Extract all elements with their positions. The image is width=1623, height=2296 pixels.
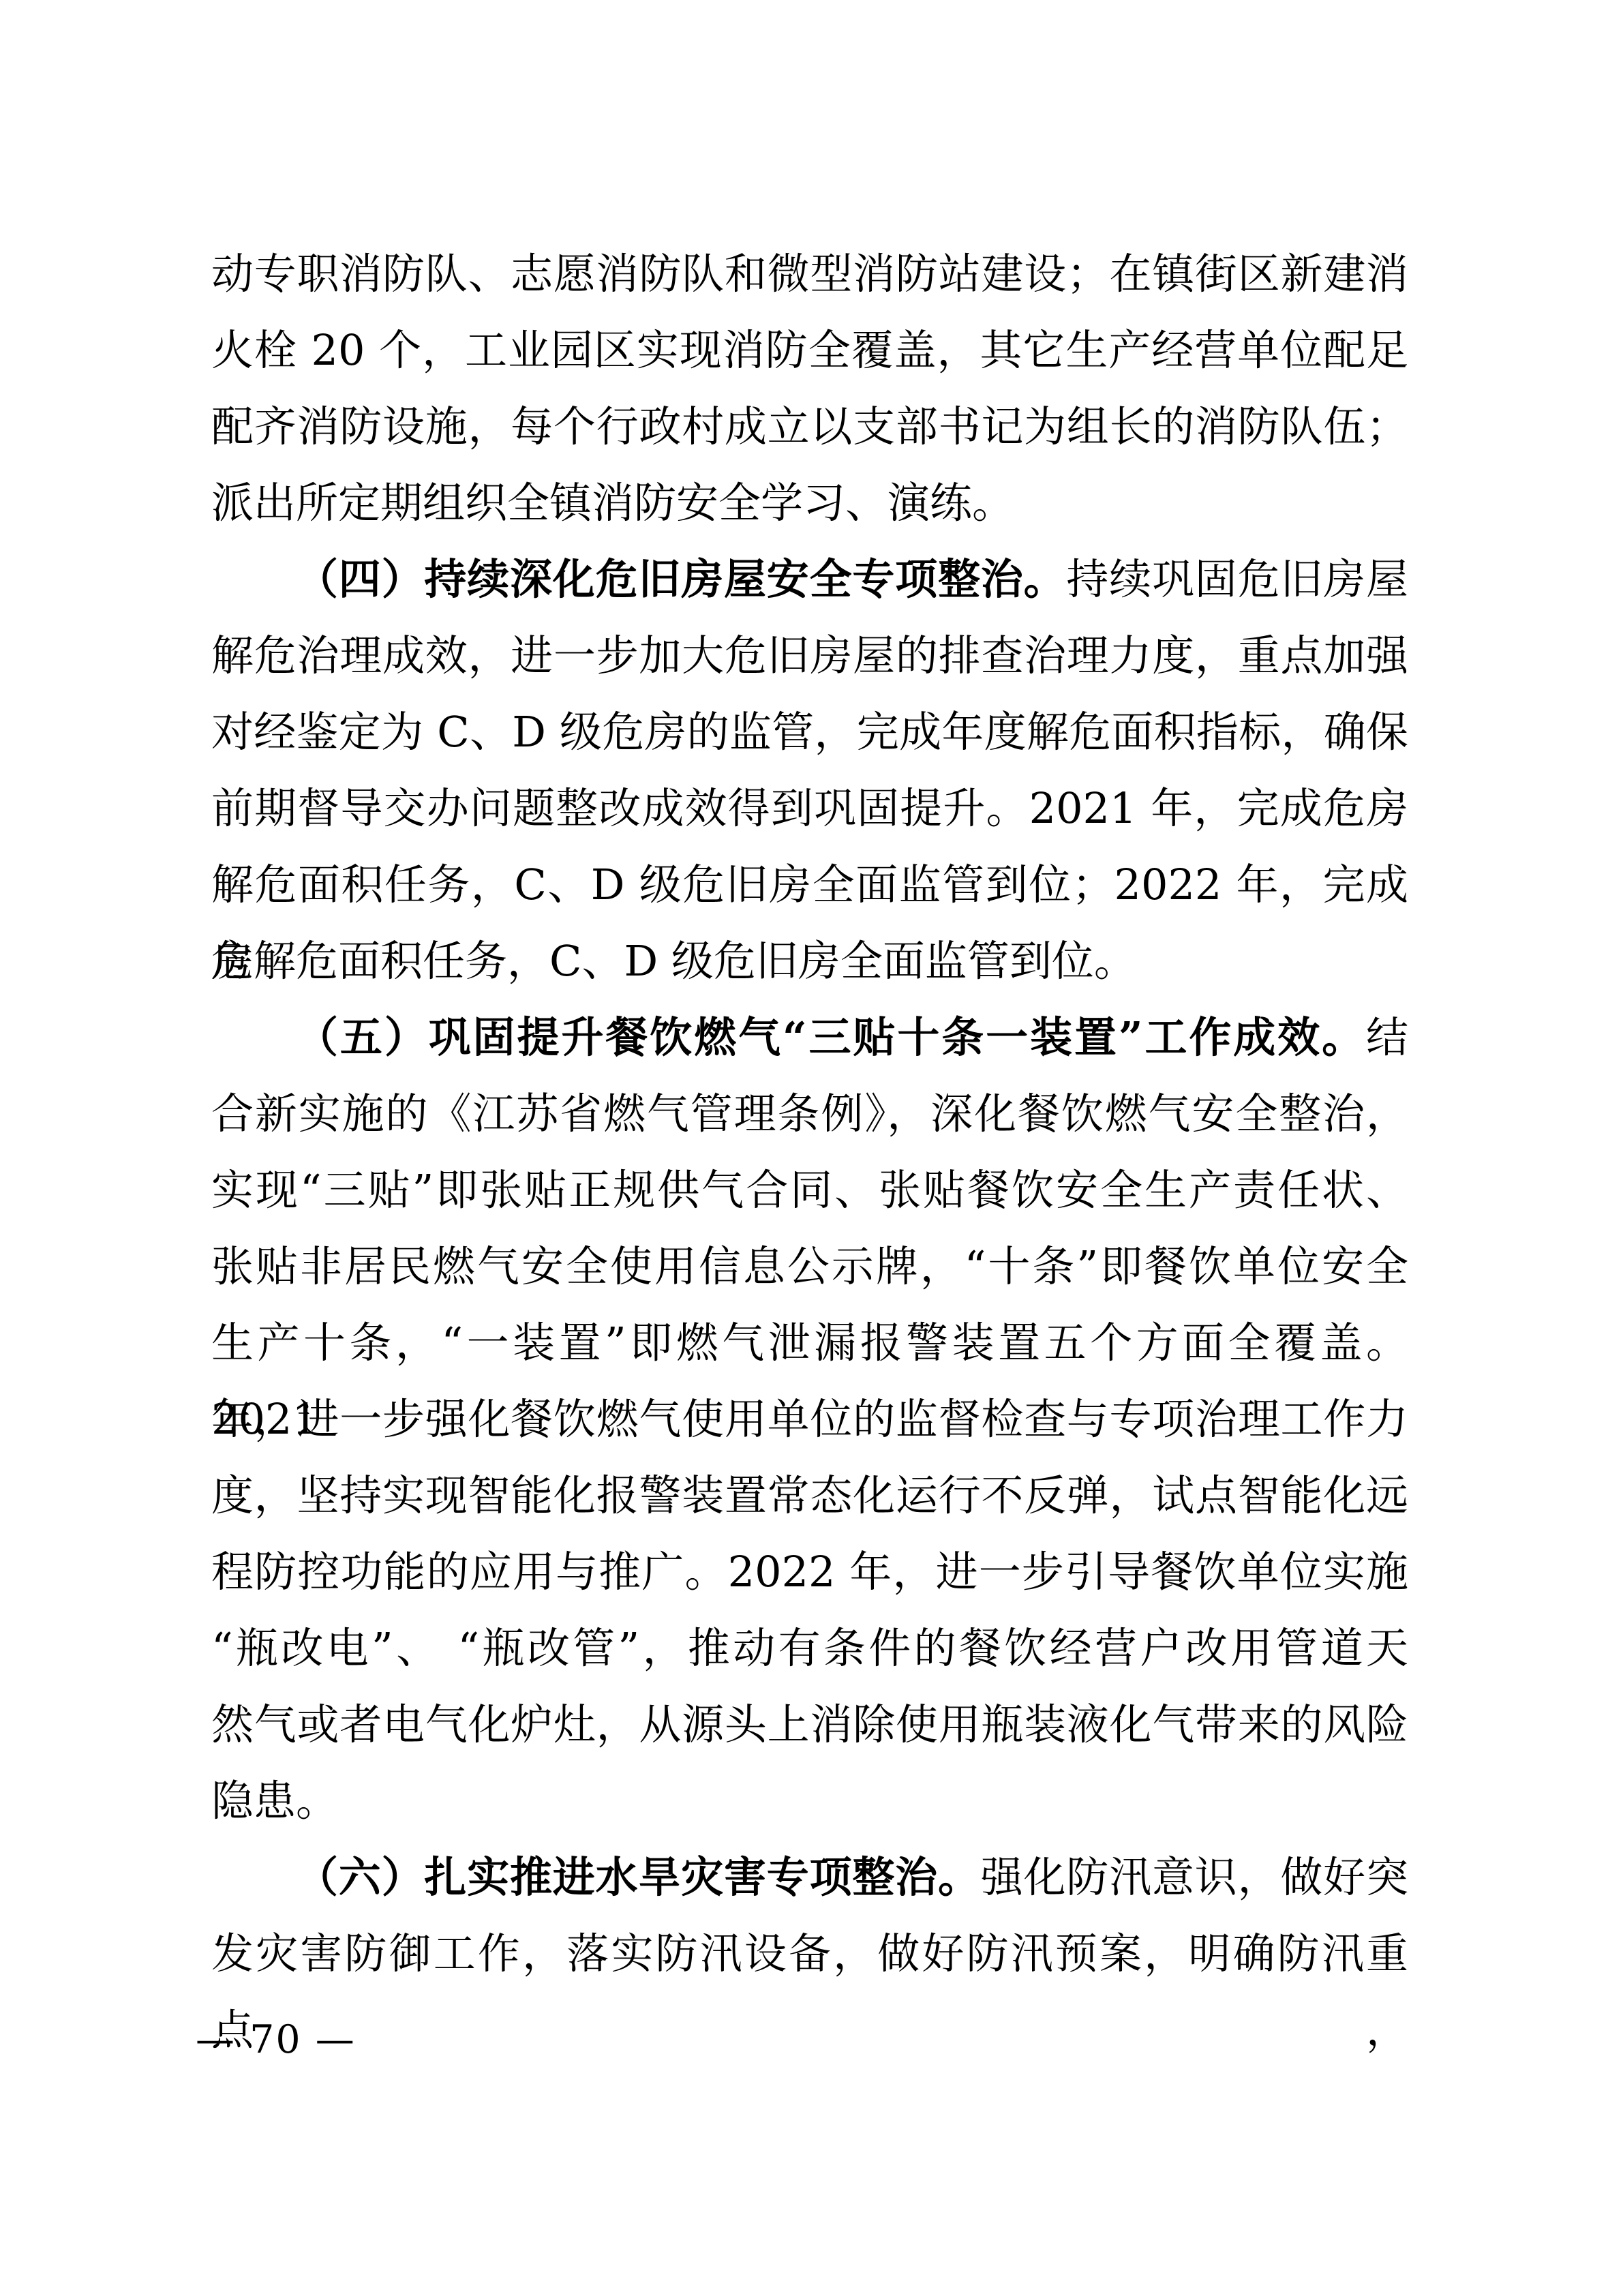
text-line: 动专职消防队、志愿消防队和微型消防站建设；在镇街区新建消	[211, 236, 1408, 312]
text-line: 配齐消防设施，每个行政村成立以支部书记为组长的消防队伍；	[211, 389, 1408, 465]
line-text: 合新实施的《江苏省燃气管理条例》，深化餐饮燃气安全整治，	[211, 1089, 1408, 1138]
line-text: 张贴非居民燃气安全使用信息公示牌，“十条”即餐饮单位安全	[211, 1241, 1408, 1291]
text-line: 年，进一步强化餐饮燃气使用单位的监督检查与专项治理工作力	[211, 1381, 1408, 1457]
text-line: 火栓 20 个，工业园区实现消防全覆盖，其它生产经营单位配足	[211, 312, 1408, 389]
line-text: 配齐消防设施，每个行政村成立以支部书记为组长的消防队伍；	[211, 402, 1408, 451]
line-text: 然气或者电气化炉灶，从源头上消除使用瓶装液化气带来的风险	[211, 1700, 1408, 1749]
page-number: — 70 —	[196, 2012, 356, 2067]
text-line: 派出所定期组织全镇消防安全学习、演练。	[211, 465, 1408, 541]
text-line: 实现“三贴”即张贴正规供气合同、张贴餐饮安全生产责任状、	[211, 1152, 1408, 1228]
text-line: 合新实施的《江苏省燃气管理条例》，深化餐饮燃气安全整治，	[211, 1076, 1408, 1152]
line-text: 发灾害防御工作，落实防汛设备，做好防汛预案，明确防汛重点，	[211, 1929, 1408, 2055]
text-line: （四）持续深化危旧房屋安全专项整治。持续巩固危旧房屋	[211, 541, 1408, 618]
text-line: 张贴非居民燃气安全使用信息公示牌，“十条”即餐饮单位安全	[211, 1228, 1408, 1305]
text-line: 程防控功能的应用与推广。2022 年，进一步引导餐饮单位实施	[211, 1534, 1408, 1610]
paragraph-heading: （四）持续深化危旧房屋安全专项整治。	[296, 554, 1066, 604]
text-line: 对经鉴定为 C、D 级危房的监管，完成年度解危面积指标，确保	[211, 694, 1408, 770]
line-text: 持续巩固危旧房屋	[1066, 554, 1408, 604]
line-text: 强化防汛意识，做好突	[981, 1852, 1408, 1902]
text-line: 房解危面积任务，C、D 级危旧房全面监管到位。	[211, 923, 1408, 999]
line-text: 动专职消防队、志愿消防队和微型消防站建设；在镇街区新建消	[211, 249, 1408, 299]
line-text: 程防控功能的应用与推广。2022 年，进一步引导餐饮单位实施	[211, 1547, 1408, 1597]
paragraph-heading: （六）扎实推进水旱灾害专项整治。	[296, 1852, 981, 1902]
text-line: 然气或者电气化炉灶，从源头上消除使用瓶装液化气带来的风险	[211, 1687, 1408, 1763]
line-text: 度，坚持实现智能化报警装置常态化运行不反弹，试点智能化远	[211, 1470, 1408, 1520]
text-line: （六）扎实推进水旱灾害专项整治。强化防汛意识，做好突	[211, 1839, 1408, 1916]
line-text: 隐患。	[211, 1776, 338, 1826]
text-line: 隐患。	[211, 1763, 1408, 1839]
line-text: 对经鉴定为 C、D 级危房的监管，完成年度解危面积指标，确保	[211, 707, 1408, 757]
line-text: 房解危面积任务，C、D 级危旧房全面监管到位。	[211, 936, 1136, 986]
line-text: 前期督导交办问题整改成效得到巩固提升。2021 年，完成危房	[211, 783, 1408, 833]
text-line: 度，坚持实现智能化报警装置常态化运行不反弹，试点智能化远	[211, 1457, 1408, 1534]
paragraph-heading: （五）巩固提升餐饮燃气“三贴十条一装置”工作成效。	[296, 1012, 1366, 1062]
line-text: 派出所定期组织全镇消防安全学习、演练。	[211, 478, 1014, 528]
line-text: 火栓 20 个，工业园区实现消防全覆盖，其它生产经营单位配足	[211, 325, 1408, 375]
document-text-block: 动专职消防队、志愿消防队和微型消防站建设；在镇街区新建消火栓 20 个，工业园区…	[211, 236, 1408, 1992]
text-line: “瓶改电”、 “瓶改管”，推动有条件的餐饮经营户改用管道天	[211, 1610, 1408, 1687]
text-line: 解危面积任务，C、D 级危旧房全面监管到位；2022 年，完成危	[211, 847, 1408, 923]
line-text: “瓶改电”、 “瓶改管”，推动有条件的餐饮经营户改用管道天	[211, 1623, 1408, 1673]
line-text: 结	[1366, 1012, 1408, 1062]
text-line: 前期督导交办问题整改成效得到巩固提升。2021 年，完成危房	[211, 770, 1408, 847]
text-line: 解危治理成效，进一步加大危旧房屋的排查治理力度，重点加强	[211, 618, 1408, 694]
line-text: 实现“三贴”即张贴正规供气合同、张贴餐饮安全生产责任状、	[211, 1165, 1408, 1215]
text-line: （五）巩固提升餐饮燃气“三贴十条一装置”工作成效。结	[211, 999, 1408, 1076]
text-line: 生产十条，“一装置”即燃气泄漏报警装置五个方面全覆盖。2021	[211, 1305, 1408, 1381]
text-line: 发灾害防御工作，落实防汛设备，做好防汛预案，明确防汛重点，	[211, 1916, 1408, 1992]
line-text: 解危治理成效，进一步加大危旧房屋的排查治理力度，重点加强	[211, 631, 1408, 680]
document-page: { "page": { "background": "#ffffff", "te…	[0, 0, 1623, 2296]
line-text: 年，进一步强化餐饮燃气使用单位的监督检查与专项治理工作力	[211, 1394, 1408, 1444]
